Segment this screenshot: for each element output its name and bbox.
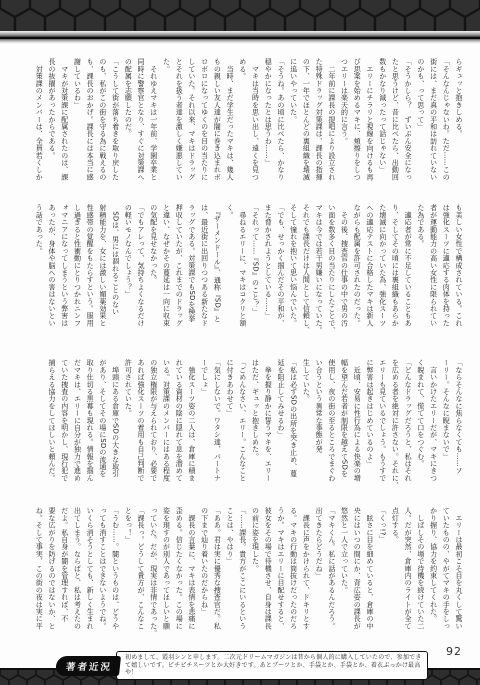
text-column: 「ならそんなに焦らなくても……ソ [452,359,465,502]
text-column: 「そうかしら？ ずいぶん安全になっ [401,58,414,191]
text-column: れている資材の陰に隠れて息を潜めて [172,359,185,502]
text-column: 「でもアレって、気持ちよくなるだけ [134,204,147,347]
text-column: 「そんなんじゃないわ。ただ……この [440,58,453,191]
text-column: 眩さに目を細めていると、倉庫の中 [363,507,376,653]
text-column: 適応者が常に不足していることもあ [401,204,414,347]
text-column: 延を阻止してみせるわ」 [274,359,287,502]
text-column: 「それって……『SD』のこと？」 [249,204,262,347]
text-column: 数もかなり減ったって話じゃない」 [376,58,389,191]
text-column: た。 [160,58,173,191]
text-column: マキは当時を思い出し、遠くを見つ [249,58,262,191]
text-column: た壊滅に向かっていた為、強化スーツ [376,204,389,347]
text-column: もの親しい友人達が闇に巻き込まれボ [211,58,224,191]
text-column: 使用し、夜の街の至るところでまぐわ [325,359,338,502]
text-column: を広める者を絶対に許さない。それに、 [389,359,402,502]
text-column: の配属を志願したのだ。 [122,58,135,191]
text-column: 「……課長。貴方がここにいるという [236,507,249,653]
text-column: 「マキくん。私に話があるんだろう。 [325,507,338,653]
text-column: 「課長っ。どうして貴方が、こんなこ [134,507,147,653]
page-number: 92 [441,645,467,658]
text-column: 幅を望んだ若者が制限を越えてSDを [338,359,351,502]
text-column: 拳を握り静かに誓うマキを、エリー [262,359,275,502]
text-column: 二年前に課長の提唱により設立され [325,58,338,191]
text-column: 長の抜擢があったからである。 [45,58,58,191]
text-column: 謝しているわ」 [71,58,84,191]
text-column: ことは、やはり」 [223,507,236,653]
text-column: し過ぎると性衝動にとりつかれニンフ [71,204,84,347]
text-column: そして憧れを抱いて思い悩んでいた。 [287,204,300,347]
text-column: 「ごめんなさい、エリー。こんなこと [236,359,249,502]
text-column: める。 [236,58,249,191]
text-column: た為である。 [414,204,427,347]
text-column: していた。それ以来、マキはドラッグ [185,58,198,191]
text-column: に追いやっていた。 [287,58,300,191]
text-column: た特殊ドラッグ対策課は、課長の指揮 [312,58,325,191]
text-column: 射精能力を、女には激しい媚薬効果と [96,204,109,347]
text-column: への適応テストに合格したマキは新人 [363,204,376,347]
text-column: っていた。だが、現実は非情であった。 [147,507,160,653]
text-column: ォマニアになってしまうという弊害は [58,204,71,347]
text-column: また脅かされようとしている……」 [262,204,275,347]
text-column: 「くっ!?」 [376,507,389,653]
text-column: マキは今では若干男嫌いになっていた。 [312,204,325,347]
text-column: 出てきたらどうだね」 [312,507,325,653]
text-column: 埠頭にある倉庫でSDの大きな取引 [109,359,122,502]
text-column: は強化スーツに適応する肉体を持った [440,204,453,347]
text-column: の前に姿を現した。 [249,507,262,653]
text-column: それゆえマキは一年前、学園卒業と [147,58,160,191]
text-column: ね。そして事実、この街の夜は実に平 [33,507,46,653]
text-column: 近頃、安易に性行為による快楽の増 [351,359,364,502]
text-column: に付きあわせて」 [223,359,236,502]
author-note-text: 初めまして、霞羽シンと申します。二次元ドリームマガジンは昔から個人的に購入してい… [116,651,428,680]
text-column: は、最近街に出回りつつある新たなド [198,204,211,347]
text-column: 街には、まだ真の平和は訪れていない [427,58,440,191]
novel-text-band-4: エリーは最初こそ目を丸くして驚いていたものの、やがてマキの手をしっかり握り、協力… [33,507,465,653]
text-column: はただ、ギュッと抱きしめた。 [249,359,262,502]
text-column: 強化スーツ姿の二人は、倉庫に積ま [185,359,198,502]
honeycomb-pattern [0,0,480,31]
text-column: とそれを扱う者達を激しく嫌悪してい [172,58,185,191]
novel-text-band-2: も美しい女性で構成されている。これは強化スーツに適応する肉体を持った者が運動能力… [33,204,465,347]
text-column: の気配を見せなかった。 [147,204,160,347]
text-column: SDは、男には涸れることのない [109,204,122,347]
text-column: い面を数多く目の当たりにしたことで、 [325,204,338,347]
text-column: あったが、身体や脳への害はないとい [45,204,58,347]
text-column: び思案を始めるマキに、頬擦りをしつ [351,58,364,191]
text-column: エリーは最初こそ目を丸くして驚い [452,507,465,653]
text-column: 彼女をその場で待機させ、自身は課長 [262,507,275,653]
text-column: あれば強化スーツの着用も自己判断で [134,359,147,502]
text-column: る。マキの行動は筒抜けだったのだろ [287,507,300,653]
novel-text-band-1: らギュッと抱きしめる。「そんなんじゃないわ。ただ……この街には、まだ真の平和は訪… [33,58,465,191]
text-column: り、そしてその頃には裏組織もあらか [389,204,402,347]
text-column: しばしその場で待機を続けていた二 [414,507,427,653]
text-column: エリーも見ているでしょう。もうすで [376,359,389,502]
text-column: 当時、まだ学生だったマキは、幾人 [223,58,236,191]
text-column: いる。対策課のメンバーにはある程度 [160,359,173,502]
text-column: 央にはいつの間にか、背広姿の課長が [351,507,364,653]
text-column: 尋ねるエリーに、マキはコクリと頷 [236,204,249,347]
text-column: も、課長のおかげ。課長には本当に感 [83,58,96,191]
text-column: 「でも、せっかく掴んだその平和が、 [274,204,287,347]
text-column: つエリーは楽天的に言う。 [338,58,351,191]
text-column: 「ああ。君は実に優秀な捜査官だ。私 [211,507,224,653]
text-column: 穏やかになったとは思うわ……」 [262,58,275,191]
text-column: に弊害は起きはじめているのよ」 [363,359,376,502]
text-column: 課長の言葉に、マキは表情を悲痛に [185,507,198,653]
text-column: い合うという異常な事態が発 [312,359,325,502]
text-column: らギュッと抱きしめる。 [452,58,465,191]
text-column: と違い、なぜかその蔓延は一向に収束 [160,204,173,347]
text-column: かり握り、協力を約束してくれた。 [427,507,440,653]
text-column: 要な広がりを防げるのではないか、と [45,507,58,653]
text-column: 点灯する。 [389,507,402,653]
text-column: とをっ！」 [122,507,135,653]
text-column: ーリー。そんなに睨まないで」 [440,359,453,502]
text-column: 人。だが突然、倉庫内のライトが全て [401,507,414,653]
text-column: 同時に警察官となり、すぐに対策課へ [134,58,147,191]
text-column: 悠然と一人で立っていた。 [338,507,351,653]
text-column: のかも、って思って」 [414,58,427,191]
text-column: ていた捜査の内容を明かし、現行犯で [58,359,71,502]
author-note-footer: 著者近況 初めまして、霞羽シンと申します。二次元ドリームマガジンは昔から個人的に… [56,654,428,677]
text-column: があり、そしてその場にSDの流通を [96,359,109,502]
text-column: マキが対策課に配属されたのは、課 [58,58,71,191]
text-column: 取り仕切る黒幕も現れる。情報を掴ん [83,359,96,502]
text-column: だマキは、エリーに自分が独力で進め [71,359,84,502]
text-column: ながらも配属を許可されたのだった。 [351,204,364,347]
text-column: ーでしょ」 [198,359,211,502]
text-column: 「気にしないで。ワタシ達、パートナ [211,359,224,502]
top-decoration-band [0,0,480,31]
text-column: 姿を現すのが別人であってほしいと願 [160,507,173,653]
text-column: たと思うけど、昔に比べたら、出動回 [389,58,402,191]
text-column: エリーにチラリと視線を向けるも再 [363,58,376,191]
text-column: 押収していたが、これまでのドラッグ [172,204,185,347]
text-column: 言いかけたエリーだが、マキにきつ [427,359,440,502]
text-column: う話であった。 [33,204,46,347]
text-column: うか。マキはエリーに目配せすると、 [274,507,287,653]
text-column: の独立権限が与えられており、必要で [147,359,160,502]
text-column: の下、一年でほとんどの裏組織を壊滅 [300,58,313,191]
text-column: 者が運動能力の高い女性に限られてい [427,204,440,347]
text-column: 「どんなドラッグだろうと、私はそれ [401,359,414,502]
novel-text-band-3: 「ならそんなに焦らなくても……ソーリー。そんなに睨まないで」 言いかけたエリーだ… [45,359,465,502]
text-column: っても消すことはできないようでね。 [96,507,109,653]
text-column: ラッグである。対策課でもSDを検挙 [185,204,198,347]
text-column: いくら消そうとしても、新しく生まれ [83,507,96,653]
metal-divider-strip [0,31,480,44]
text-column: ていたものの、やがてマキの手をしっ [440,507,453,653]
text-column: 捕らえる協力をしてほしいと頼んだ。 [45,359,58,502]
text-column: 「こうして街が落ち着きを取り戻した [109,58,122,191]
author-note-label: 著者近況 [55,656,121,676]
text-column: それでも課長だけは人間として信頼し、 [300,204,313,347]
text-column: 性感帯の覚醒をもたらすという。服用 [83,204,96,347]
text-column: く睨まれて、慌てて口をつぐむ。 [414,359,427,502]
text-column: く。 [223,204,236,347]
text-column: その後、捜査官の仕事の中で男の汚 [338,204,351,347]
text-column: ロボロになってゆくのを目の当たりに [198,58,211,191]
text-column: の軽いモノなんでしょう？」 [122,204,135,347]
text-column: 「うむ……。闇というものは、どうや [109,507,122,653]
text-column: も美しい女性で構成されている。これ [452,204,465,347]
text-column: 「私は必ずSDの出所を突き止め、蔓 [287,359,300,502]
text-column: 許可されていた。 [122,359,135,502]
divider-core-line [0,37,480,39]
text-column: の下まで辿り着いたのだからね」 [198,507,211,653]
text-column: 歪める。信じたくなかった。この場に [172,507,185,653]
text-column: 「そうね。あの頃に比べたら、かなり [274,58,287,191]
text-column: 出てしまう。ならばと、私は考えたの [71,507,84,653]
text-column: 生していた。 [300,359,313,502]
text-column: だよ。私自身が闇を管理すれば、不 [58,507,71,653]
text-column: 『ザーメンドール』、通称『SD』と [211,204,224,347]
text-column: 対策課のメンバーは、全員若くしか [33,58,46,191]
text-column: 課長に声をかけられて、ドキリとす [300,507,313,653]
text-column: のも、私がこの街を守る為に戦えるの [96,58,109,191]
